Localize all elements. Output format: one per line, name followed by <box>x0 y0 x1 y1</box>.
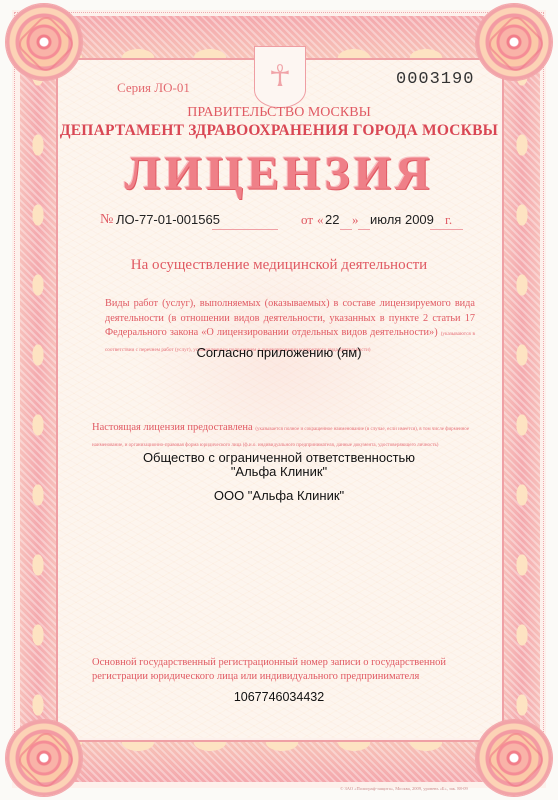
license-day: 22 <box>325 212 339 227</box>
corner-rosette-icon <box>476 720 552 796</box>
quote-close: » <box>352 212 359 228</box>
organization-short-name: ООО "Альфа Клиник" <box>0 488 558 503</box>
license-number-row: № ЛО-77-01-001565 от « 22 » июля 2009 г. <box>100 212 460 232</box>
org-full-line1: Общество с ограниченной ответственностью <box>0 451 558 465</box>
activity-type: На осуществление медицинской деятельност… <box>0 257 558 274</box>
granted-label-text: Настоящая лицензия предоставлена <box>92 422 253 433</box>
org-full-line2: "Альфа Клиник" <box>0 465 558 479</box>
underline <box>340 229 352 230</box>
corner-rosette-icon <box>476 4 552 80</box>
issuer-government: ПРАВИТЕЛЬСТВО МОСКВЫ <box>0 105 558 121</box>
coat-of-arms-icon: ☥ <box>254 46 306 108</box>
issuer-department: ДЕПАРТАМЕНТ ЗДРАВООХРАНЕНИЯ ГОРОДА МОСКВ… <box>0 122 558 140</box>
year-suffix: г. <box>445 212 452 228</box>
license-month-year: июля 2009 <box>370 212 434 227</box>
ogrn-value: 1067746034432 <box>0 690 558 704</box>
border-bottom-ornament <box>30 740 528 782</box>
date-prefix: от <box>301 212 313 228</box>
works-value: Согласно приложению (ям) <box>0 345 558 360</box>
blank-number: 0003190 <box>396 70 474 89</box>
granted-label: Настоящая лицензия предоставлена (указыв… <box>92 421 492 453</box>
corner-rosette-icon <box>6 4 82 80</box>
underline <box>430 229 463 230</box>
series-label: Серия ЛО-01 <box>117 80 190 96</box>
underline <box>212 229 278 230</box>
corner-rosette-icon <box>6 720 82 796</box>
document-title: ЛИЦЕНЗИЯ <box>0 146 558 201</box>
underline <box>358 229 370 230</box>
ogrn-label: Основной государственный регистрационный… <box>92 656 492 684</box>
organization-full-name: Общество с ограниченной ответственностью… <box>0 451 558 479</box>
quote-open: « <box>317 212 324 228</box>
number-sign: № <box>100 212 113 228</box>
works-label-text: Виды работ (услуг), выполняемых (оказыва… <box>105 298 475 338</box>
printer-imprint: © ЗАО «Полиграф-защита», Москва, 2009, у… <box>340 786 468 791</box>
license-number: ЛО-77-01-001565 <box>116 212 220 227</box>
